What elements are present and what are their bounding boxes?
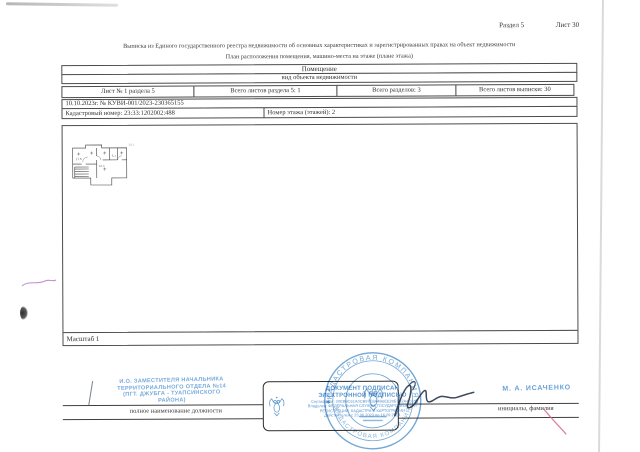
position-stamp: И.О. ЗАМЕСТИТЕЛЯ НАЧАЛЬНИКА ТЕРРИТОРИАЛЬ… [96, 376, 247, 406]
pen-mark-pink [541, 407, 569, 437]
sections-total-cell: Всего разделов: 3 [336, 84, 456, 97]
section-label: Раздел 5 [499, 21, 524, 29]
cadastral-number-cell: Кадастровый номер: 23:33:1202002:488 [61, 107, 264, 119]
document-title: Выписка из Единого государственного реес… [61, 41, 577, 50]
sheets-in-section-cell: Всего листов раздела 5: 1 [193, 85, 337, 98]
cadastral-row: Кадастровый номер: 23:33:1202002:488 Ном… [61, 106, 577, 119]
round-stamp-star-left: ✱ [326, 399, 331, 406]
coat-of-arms-icon [267, 393, 287, 419]
section-sheet-header: Раздел 5 Лист 30 [499, 21, 579, 29]
floor-plan-drawing: 17,8 12,4 5,1 28,1 [70, 141, 140, 191]
object-type-caption-cell: вид объекта недвижимости [61, 72, 577, 84]
scale-label: Масштаб 1 [66, 335, 99, 343]
position-caption: полное наименование должности [101, 407, 251, 415]
sheet-no-cell: Лист № 1 раздела 5 [61, 86, 194, 99]
round-stamp-eagle-icon [364, 389, 382, 411]
floor-number-cell: Номер этажа (этажей): 2 [263, 106, 577, 118]
scale-row: Масштаб 1 [62, 330, 578, 346]
signer-name: М. А. ИСАЧЕНКО [487, 384, 587, 393]
document-sheet: Раздел 5 Лист 30 Выписка из Единого госу… [0, 0, 640, 452]
sheet-number-label: Лист 30 [556, 21, 579, 29]
room-area-label: 5,1 [112, 154, 117, 158]
document-subtitle: План расположения помещения, машино-мест… [61, 52, 577, 61]
plan-corner-label: 28,1 [129, 143, 135, 147]
room-area-label: 17,8 [76, 157, 82, 161]
handwritten-signature [389, 375, 479, 421]
pen-tick-mark [86, 380, 96, 406]
sheet-counts-row: Лист № 1 раздела 5 Всего листов раздела … [61, 84, 577, 98]
sheets-total-cell: Всего листов выписки: 30 [455, 84, 574, 97]
room-area-label: 12,4 [99, 164, 105, 168]
